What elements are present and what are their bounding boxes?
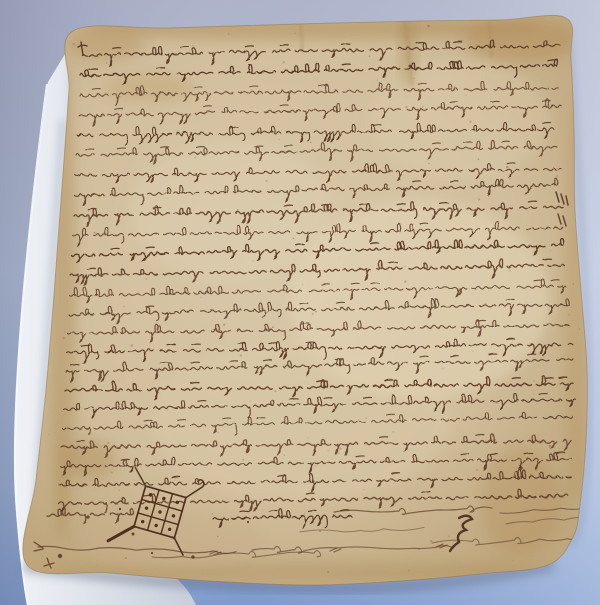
paper-light-patch — [370, 60, 550, 180]
photo-stage — [0, 0, 600, 605]
manuscript-sheet — [23, 10, 599, 585]
paper-stain — [480, 445, 560, 555]
ink-dot — [151, 552, 153, 554]
ink-dot — [132, 533, 135, 536]
ink-dot — [119, 508, 121, 510]
manuscript-photo — [0, 0, 600, 605]
ink-dot — [86, 515, 89, 518]
dark-speck — [58, 554, 62, 558]
ink-dot — [247, 521, 249, 523]
paper-stain — [465, 18, 575, 62]
paper-stain — [65, 29, 145, 61]
